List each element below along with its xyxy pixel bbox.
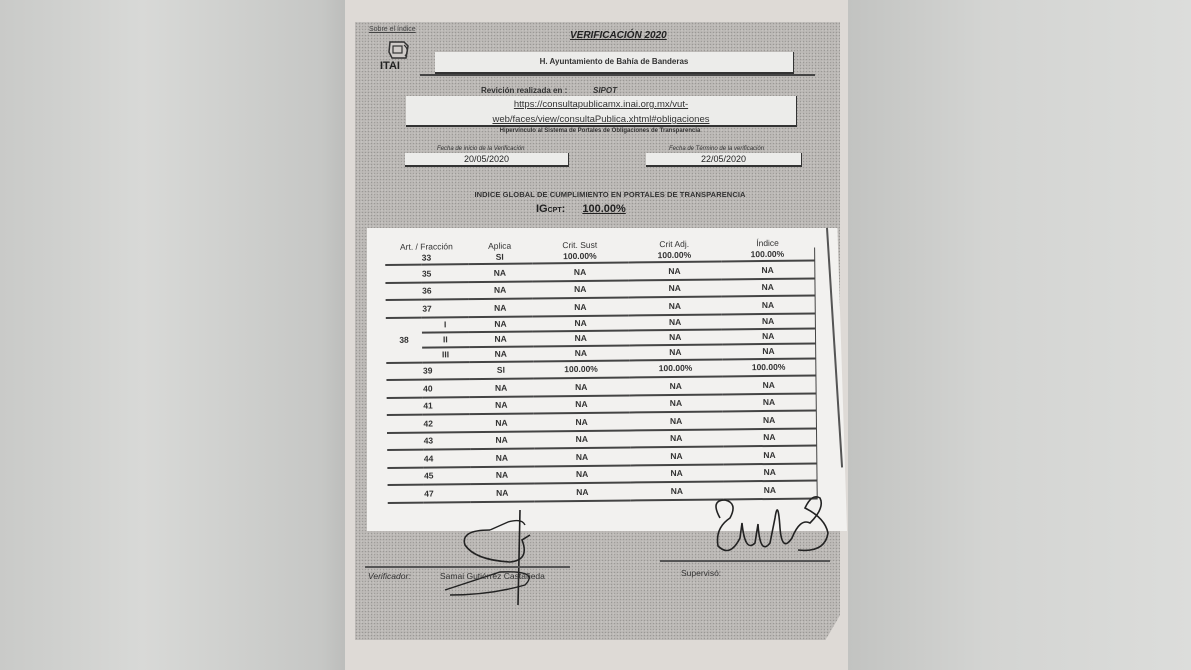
cell-art: 39 xyxy=(386,362,469,380)
cell-art: 33 xyxy=(385,251,468,265)
cell-indice: NA xyxy=(721,261,815,279)
cell-indice: NA xyxy=(723,445,817,463)
cell-crit-sust: NA xyxy=(532,315,629,331)
cell-crit-sust: NA xyxy=(533,377,630,396)
cell-aplica: NA xyxy=(469,331,533,347)
compliance-table: Art. / Fracción Aplica Crit. Sust Crit A… xyxy=(385,236,818,503)
cell-crit-adj: NA xyxy=(630,464,723,482)
cell-indice: NA xyxy=(722,428,816,446)
cell-crit-adj: NA xyxy=(630,429,723,447)
cell-art: 35 xyxy=(385,264,468,282)
supervisor-signature-line xyxy=(660,560,830,562)
cell-indice: NA xyxy=(722,393,816,411)
cell-aplica: NA xyxy=(468,281,532,299)
cell-aplica: NA xyxy=(468,263,532,281)
cell-crit-adj: NA xyxy=(629,314,722,330)
cell-indice: NA xyxy=(721,328,815,344)
cell-crit-sust: NA xyxy=(533,430,630,449)
header-small-text: Sobre el índice xyxy=(369,26,416,33)
cell-crit-adj: NA xyxy=(628,279,721,297)
cell-art: 41 xyxy=(387,397,470,415)
cell-crit-adj: NA xyxy=(630,411,723,429)
cell-aplica: NA xyxy=(470,431,534,449)
entity-box: H. Ayuntamiento de Bahía de Banderas xyxy=(435,52,794,74)
cell-indice: 100.00% xyxy=(722,358,816,376)
cell-aplica: NA xyxy=(468,316,532,332)
cell-art: 38 xyxy=(386,317,422,362)
cell-art: 43 xyxy=(387,432,470,450)
cell-indice: NA xyxy=(721,295,815,313)
cell-art: 36 xyxy=(385,282,468,300)
start-date-label: Fecha de inicio de la Verificación xyxy=(437,146,525,152)
cell-crit-sust: 100.00% xyxy=(532,249,629,263)
cell-fraccion: I xyxy=(422,317,469,332)
verifier-signature-line xyxy=(365,566,570,568)
url-link-line1[interactable]: https://consultapublicamx.inai.org.mx/vu… xyxy=(406,96,796,111)
document-title: VERIFICACIÓN 2020 xyxy=(570,30,667,41)
cell-crit-adj: NA xyxy=(628,261,721,279)
cell-indice: NA xyxy=(722,410,816,428)
cell-crit-adj: 100.00% xyxy=(629,359,722,377)
cell-art: 37 xyxy=(386,299,469,317)
cell-indice: NA xyxy=(722,375,816,393)
cell-crit-sust: NA xyxy=(532,330,629,346)
verifier-name: Samai Gutiérrez Castañeda xyxy=(440,571,545,581)
cell-aplica: NA xyxy=(470,448,534,466)
cell-aplica: SI xyxy=(468,250,532,264)
cell-crit-sust: NA xyxy=(533,412,630,431)
cell-aplica: NA xyxy=(469,413,533,431)
header-aplica: Aplica xyxy=(468,239,532,251)
cell-indice: NA xyxy=(721,313,815,329)
url-caption: Hipervínculo al Sistema de Portales de O… xyxy=(405,128,795,134)
cell-crit-sust: 100.00% xyxy=(533,360,630,379)
cell-crit-sust: NA xyxy=(534,447,631,466)
supervisor-label: Supervisó: xyxy=(681,568,721,578)
cell-crit-sust: NA xyxy=(532,262,629,281)
cell-crit-sust: NA xyxy=(533,345,630,361)
entity-name: H. Ayuntamiento de Bahía de Banderas xyxy=(435,52,793,72)
cell-crit-adj: NA xyxy=(629,329,722,345)
verifier-label: Verificador: xyxy=(368,571,411,581)
cell-crit-sust: NA xyxy=(534,482,631,501)
index-title: INDICE GLOBAL DE CUMPLIMIENTO EN PORTALE… xyxy=(400,190,820,199)
end-date-value: 22/05/2020 xyxy=(646,153,802,167)
cell-indice: NA xyxy=(723,463,817,481)
index-label: IG xyxy=(536,203,548,215)
index-label-sub: CPT xyxy=(548,207,562,214)
cell-crit-sust: NA xyxy=(533,395,630,414)
cell-aplica: NA xyxy=(469,396,533,414)
index-value: 100.00% xyxy=(582,203,625,215)
cell-crit-sust: NA xyxy=(534,465,631,484)
cell-crit-adj: NA xyxy=(629,344,722,360)
cell-crit-sust: NA xyxy=(532,297,629,316)
index-colon: : xyxy=(562,203,566,215)
review-label: Revición realizada en : xyxy=(481,86,567,95)
cell-aplica: NA xyxy=(468,298,532,316)
cell-aplica: NA xyxy=(469,346,533,362)
url-link-line2[interactable]: web/faces/view/consultaPublica.xhtml#obl… xyxy=(406,111,796,126)
cell-aplica: NA xyxy=(470,466,534,484)
end-date-label: Fecha de Término de la verificación xyxy=(669,146,764,152)
cell-indice: NA xyxy=(721,278,815,296)
header-art: Art. / Fracción xyxy=(385,240,468,252)
cell-crit-sust: NA xyxy=(532,280,629,299)
cell-art: 42 xyxy=(387,414,470,432)
cell-crit-adj: NA xyxy=(630,446,723,464)
cell-aplica: NA xyxy=(469,378,533,396)
divider xyxy=(420,74,815,76)
supervisor-signature-icon xyxy=(700,488,840,563)
itai-logo-icon xyxy=(386,40,412,60)
cell-aplica: NA xyxy=(470,483,534,501)
cell-fraccion: II xyxy=(422,332,469,347)
cell-crit-adj: NA xyxy=(629,376,722,394)
cell-art: 44 xyxy=(387,449,470,467)
cell-crit-adj: NA xyxy=(630,394,723,412)
cell-indice: 100.00% xyxy=(721,248,815,262)
start-date-value: 20/05/2020 xyxy=(405,153,569,167)
cell-art: 45 xyxy=(387,467,470,485)
itai-logo-text: ITAI xyxy=(380,60,400,72)
cell-art: 40 xyxy=(386,379,469,397)
url-box: https://consultapublicamx.inai.org.mx/vu… xyxy=(406,96,797,127)
verifier-signature-icon xyxy=(430,500,560,610)
cell-fraccion: III xyxy=(422,347,469,362)
cell-indice: NA xyxy=(722,343,816,359)
cell-crit-adj: 100.00% xyxy=(628,248,721,262)
review-value: SIPOT xyxy=(593,86,617,95)
index-summary: IGCPT: 100.00% xyxy=(536,203,626,215)
cell-aplica: SI xyxy=(469,361,533,379)
background-right xyxy=(848,0,1191,670)
cell-crit-adj: NA xyxy=(629,296,722,314)
